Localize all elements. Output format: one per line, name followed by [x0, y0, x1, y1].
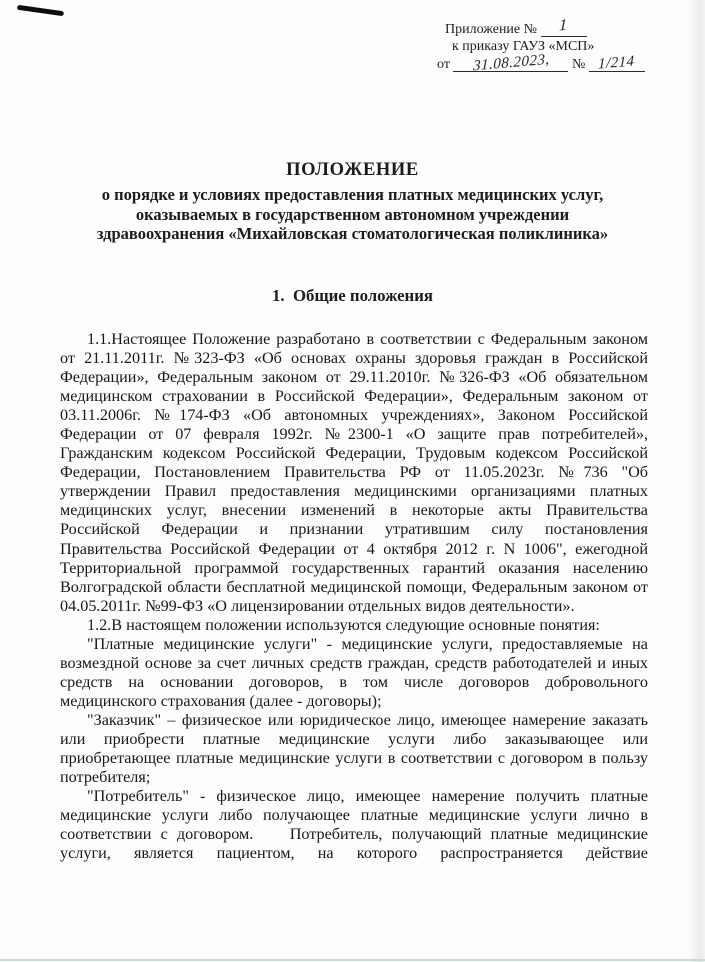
document-title: ПОЛОЖЕНИЕ: [0, 160, 705, 181]
subtitle-line: здравоохранения «Михайловская стоматолог…: [40, 224, 665, 244]
handwritten-order-number: 1/214: [598, 53, 635, 73]
handwritten-appendix-number: 1: [559, 18, 568, 35]
appendix-line-1: Приложение № 1: [445, 21, 667, 39]
subtitle-line: о порядке и условиях предоставления плат…: [40, 185, 665, 205]
paragraph-definition-consumer: "Потребитель" - физическое лицо, имеющее…: [60, 787, 648, 863]
pen-mark: [17, 5, 64, 16]
appendix-block: Приложение № 1 к приказу ГАУЗ «МСП» от 3…: [437, 21, 667, 74]
scanned-document-page: Приложение № 1 к приказу ГАУЗ «МСП» от 3…: [0, 0, 705, 962]
section-heading-general-provisions: 1. Общие положения: [0, 286, 705, 306]
order-number-underline: 1/214: [589, 56, 645, 72]
appendix-number-underline: 1: [541, 21, 587, 37]
handwritten-order-date: 31.08.2023,: [473, 52, 550, 75]
paragraph-definition-paid-services: "Платные медицинские услуги" - медицинск…: [60, 635, 648, 711]
paragraph-1-2: 1.2.В настоящем положении используются с…: [60, 616, 648, 635]
order-date-underline: 31.08.2023,: [453, 56, 568, 72]
paragraph-definition-customer: "Заказчик" – физическое или юридическое …: [60, 711, 648, 787]
document-body: 1.1.Настоящее Положение разработано в со…: [60, 330, 648, 863]
paragraph-1-1: 1.1.Настоящее Положение разработано в со…: [60, 330, 648, 616]
scan-edge-shadow: [689, 0, 705, 962]
appendix-line-3: от 31.08.2023, № 1/214: [437, 56, 667, 74]
document-subtitle: о порядке и условиях предоставления плат…: [40, 185, 665, 244]
subtitle-line: оказываемых в государственном автономном…: [40, 205, 665, 225]
order-date-label: от: [437, 57, 450, 72]
order-number-label: №: [572, 57, 585, 72]
scan-edge-line: [0, 959, 705, 961]
appendix-label: Приложение №: [445, 22, 537, 37]
